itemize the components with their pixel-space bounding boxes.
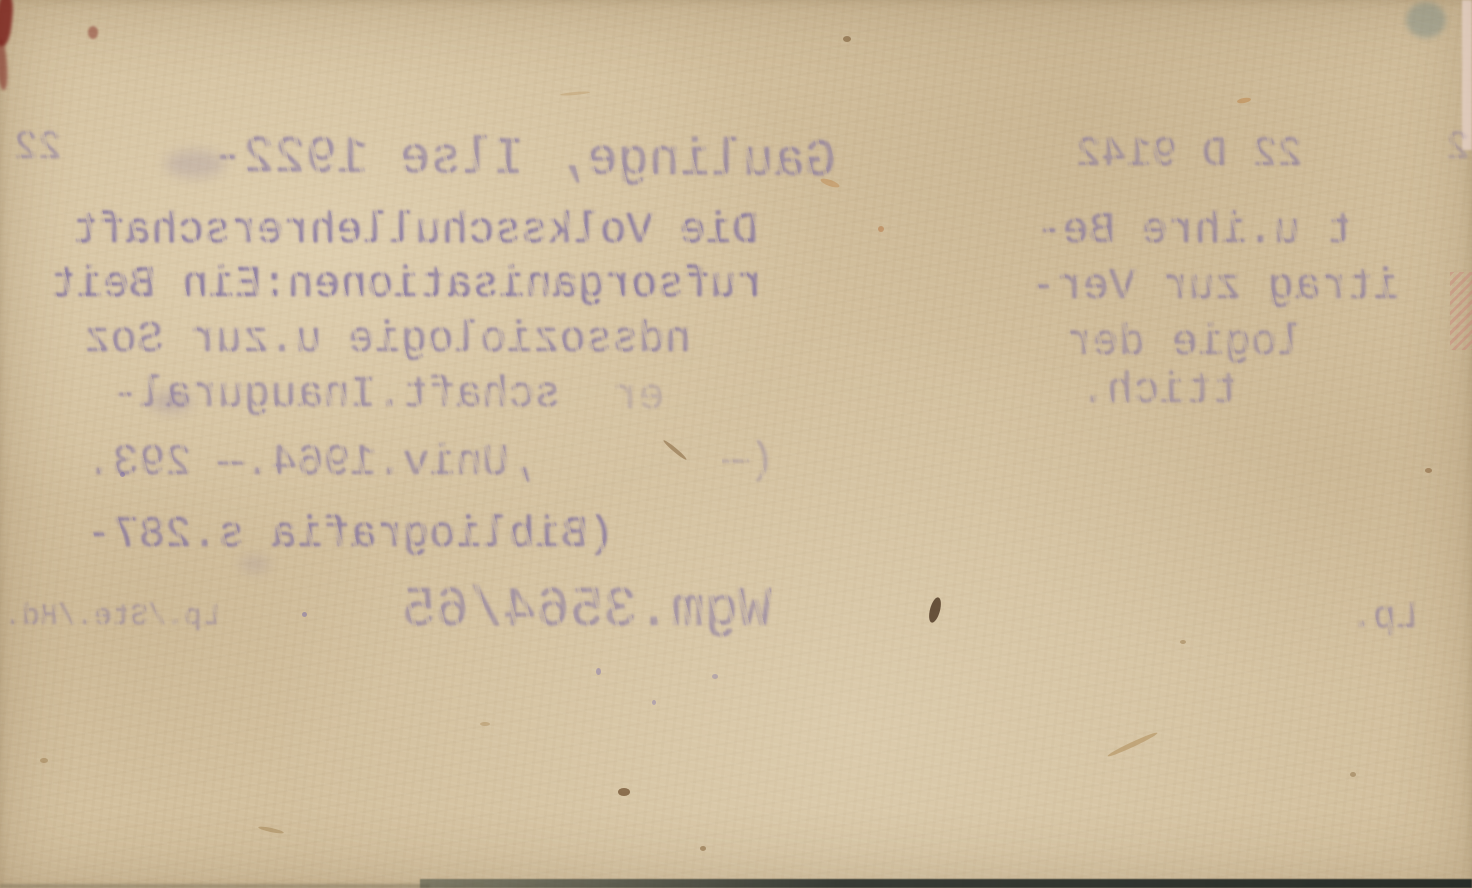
title-line-1: Die Volksschullehrerschaft xyxy=(72,206,759,257)
paper-fleck xyxy=(560,91,590,97)
page-number-right-partial: 2 xyxy=(1446,126,1470,172)
catalog-card-scan: 22222 D 9142Gaulinge, Ilse 1922-Die Volk… xyxy=(0,0,1472,888)
biblio-line: (Bibliografia s.287- xyxy=(86,510,614,561)
initials-left: Lp./Ste./Hd. xyxy=(4,600,220,635)
paper-fleck xyxy=(652,700,656,705)
paper-fleck xyxy=(927,596,943,624)
imprint-line: ,Univ.1964.— 293. xyxy=(86,438,535,489)
column-line-4: ttich. xyxy=(1080,366,1238,417)
ink-smudge xyxy=(150,392,192,412)
paper-fleck xyxy=(258,825,284,834)
paper-fleck xyxy=(700,846,706,851)
author-line: Gaulinge, Ilse 1922- xyxy=(212,128,837,192)
accession-number: Wgm.3564/65 xyxy=(402,578,772,642)
title-line-4-lead-faint: er xyxy=(612,372,665,423)
hatched-edge-pattern xyxy=(1450,272,1472,350)
paper-fleck xyxy=(712,674,718,679)
paper-fleck xyxy=(843,36,851,42)
paper-fleck xyxy=(1237,97,1252,104)
imprint-lead-faint: (— xyxy=(722,436,775,487)
call-number: 22 D 9142 xyxy=(1076,130,1303,178)
paper-fleck xyxy=(618,788,630,796)
paper-fleck xyxy=(120,472,125,477)
column-line-3: logie der xyxy=(1066,318,1304,369)
paper-fleck xyxy=(480,722,490,726)
paper-fleck xyxy=(1180,640,1186,644)
red-edge-mark xyxy=(0,0,15,47)
column-line-1: t u.ihre Be- xyxy=(1036,206,1353,257)
green-corner-mark xyxy=(1406,2,1446,38)
title-line-3: ndssoziologie u.zur Soz xyxy=(84,315,691,366)
paper-fleck xyxy=(1107,731,1159,759)
ink-smudge xyxy=(165,150,225,178)
red-fleck xyxy=(88,26,98,39)
red-edge-mark xyxy=(0,40,9,91)
paper-fleck xyxy=(1425,468,1432,473)
title-line-2: rufsorganisationen:Ein Beit xyxy=(50,260,763,311)
scan-bottom-shadow xyxy=(0,884,430,888)
ink-smudge xyxy=(240,556,270,572)
paper-fleck xyxy=(662,439,688,461)
paper-fleck xyxy=(878,226,884,232)
column-line-2: itrag zur Ver- xyxy=(1030,262,1400,313)
paper-fleck xyxy=(1350,772,1356,777)
paper-fleck xyxy=(596,668,601,675)
initials-right: Lp. xyxy=(1350,596,1418,640)
page-number-left: 22 xyxy=(14,126,62,172)
paper-fleck xyxy=(302,612,307,617)
scan-bottom-shadow xyxy=(420,879,1472,888)
paper-fleck xyxy=(40,758,48,763)
